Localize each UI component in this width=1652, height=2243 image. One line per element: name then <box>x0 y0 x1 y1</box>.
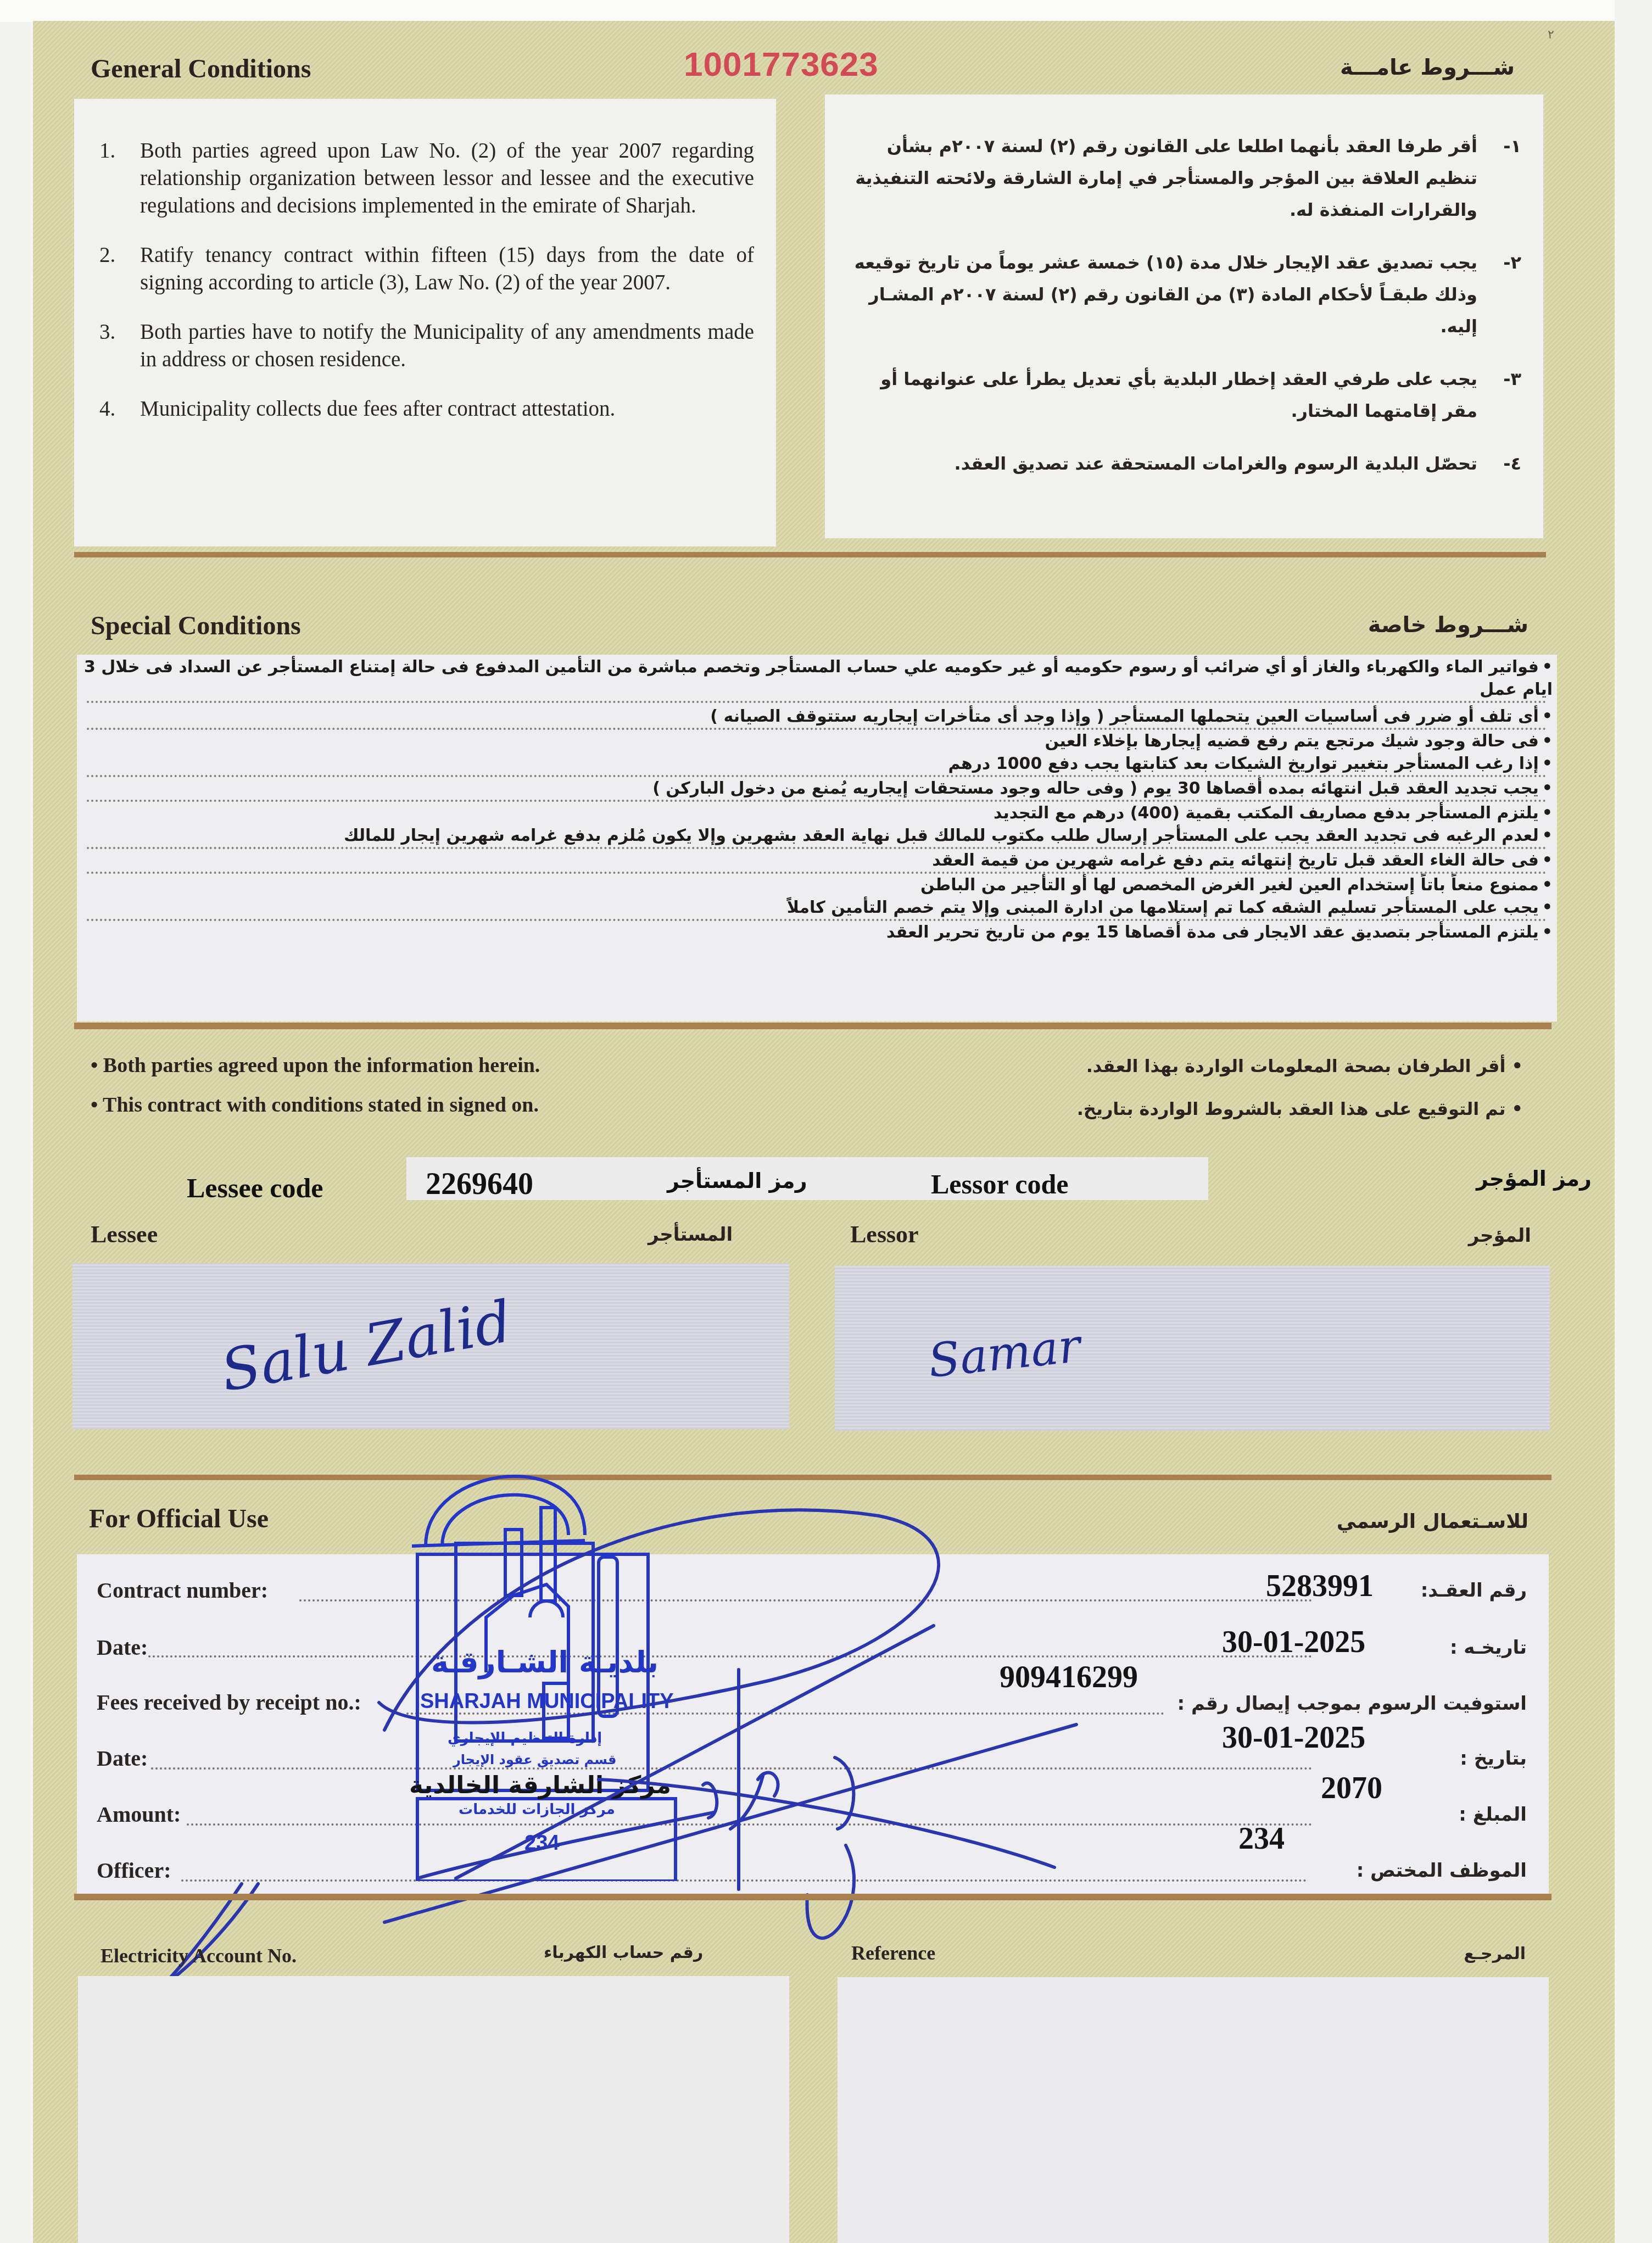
official-row-date: Date: 30-01-2025 تاريخـه : <box>77 1621 1549 1665</box>
official-row-receipt-date: Date: 30-01-2025 بتاريخ : <box>77 1731 1549 1775</box>
item-text: تحصّل البلدية الرسوم والغرامات المستحقة … <box>845 448 1477 479</box>
item-text: Ratify tenancy contract within fifteen (… <box>140 242 754 297</box>
general-conditions-title-en: General Conditions <box>91 54 311 84</box>
reference-label: Reference <box>851 1941 935 1965</box>
general-conditions-title-ar: شـــروط عامـــة <box>1340 55 1515 80</box>
dotted-field-line <box>406 1712 1164 1715</box>
section-divider <box>74 552 1546 557</box>
item-number: ١- <box>1477 130 1521 226</box>
electricity-account-field <box>78 1976 789 2243</box>
special-conditions-panel: فواتير الماء والكهرباء والغاز أو أي ضرائ… <box>77 655 1557 1022</box>
contract-number-label: Contract number: <box>97 1577 268 1603</box>
item-text: أقر طرفا العقد بأنهما اطلعا على القانون … <box>845 130 1477 226</box>
dotted-field-line <box>299 1599 1313 1602</box>
agreement-line-ar: • أقر الطرفان بصحة المعلومات الواردة بهذ… <box>1086 1056 1523 1076</box>
special-condition-item: فى حالة وجود شيك مرتجع يتم رفع قضيه إيجا… <box>81 730 1553 752</box>
officer-label-ar: الموظف المختص : <box>1357 1860 1527 1882</box>
item-text: يجب على طرفي العقد إخطار البلدية بأي تعد… <box>845 363 1477 427</box>
officer-value: 234 <box>1238 1821 1285 1856</box>
official-use-panel: Contract number: 5283991 رقم العقـد: Dat… <box>77 1554 1549 1895</box>
special-condition-item: فواتير الماء والكهرباء والغاز أو أي ضرائ… <box>81 655 1553 701</box>
official-use-title-ar: للاسـتعمال الرسمي <box>1337 1510 1528 1533</box>
section-divider <box>74 1894 1551 1900</box>
date-label: Date: <box>97 1634 148 1660</box>
special-condition-item: يلتزم المستأجر بتصديق عقد الايجار فى مدة… <box>81 921 1553 944</box>
lessor-code-label: Lessor code <box>931 1168 1068 1200</box>
electricity-account-label: Electricity Account No. <box>101 1944 297 1967</box>
item-text: Municipality collects due fees after con… <box>140 395 754 423</box>
receipt-date-label-ar: بتاريخ : <box>1460 1748 1527 1770</box>
lessee-code-label-ar: رمز المستأجر <box>667 1169 807 1193</box>
contract-date-label-ar: تاريخـه : <box>1450 1637 1527 1659</box>
special-condition-item: يلتزم المستأجر بدفع مصاريف المكتب بقمية … <box>81 802 1553 824</box>
officer-label: Officer: <box>97 1857 171 1883</box>
lessor-signature-label: Lessor <box>850 1220 919 1248</box>
item-number: ٢- <box>1477 247 1521 342</box>
item-text: Both parties agreed upon Law No. (2) of … <box>140 137 754 220</box>
general-condition-en-item: 4.Municipality collects due fees after c… <box>99 395 754 423</box>
page-mark: ٢ <box>1548 27 1554 42</box>
special-conditions-title-ar: شـــروط خاصة <box>1368 612 1528 638</box>
official-row-officer: Officer: 234 الموظف المختص : <box>77 1843 1549 1887</box>
general-condition-ar-item: ٣-يجب على طرفي العقد إخطار البلدية بأي ت… <box>845 363 1521 427</box>
general-conditions-en-list: 1.Both parties agreed upon Law No. (2) o… <box>99 137 754 423</box>
reference-field <box>838 1977 1549 2243</box>
electricity-account-label-ar: رقم حساب الكهرباء <box>544 1943 703 1962</box>
item-number: ٣- <box>1477 363 1521 427</box>
general-condition-en-item: 3.Both parties have to notify the Munici… <box>99 319 754 373</box>
special-condition-item: ممنوع منعاً باتاً إستخدام العين لغير الغ… <box>81 874 1553 896</box>
official-row-receipt: Fees received by receipt no.: 909416299 … <box>77 1676 1549 1720</box>
dotted-field-line <box>187 1823 1313 1826</box>
special-condition-item: فى حالة الغاء العقد قبل تاريخ إنتهائه يت… <box>81 849 1553 872</box>
contract-number-label-ar: رقم العقـد: <box>1421 1580 1527 1602</box>
item-number: 3. <box>99 319 140 373</box>
receipt-date-label: Date: <box>97 1745 148 1771</box>
item-number: ٤- <box>1477 448 1521 479</box>
official-row-amount: Amount: 2070 المبلغ : <box>77 1787 1549 1831</box>
lessor-signature-label-ar: المؤجر <box>1469 1225 1531 1247</box>
special-condition-item: إذا رغب المستأجر بتغيير تواريخ الشيكات ب… <box>81 752 1553 775</box>
general-condition-ar-item: ١-أقر طرفا العقد بأنهما اطلعا على القانو… <box>845 130 1521 226</box>
general-conditions-en-panel: 1.Both parties agreed upon Law No. (2) o… <box>74 99 776 546</box>
agreement-line-ar: • تم التوقيع على هذا العقد بالشروط الوار… <box>1077 1098 1523 1119</box>
amount-label: Amount: <box>97 1801 181 1827</box>
receipt-date-value: 30-01-2025 <box>1222 1720 1365 1755</box>
contract-number-value: 5283991 <box>1266 1569 1374 1604</box>
general-conditions-ar-panel: ١-أقر طرفا العقد بأنهما اطلعا على القانو… <box>825 94 1543 538</box>
lessee-code-label: Lessee code <box>187 1172 323 1204</box>
lessor-code-label-ar: رمز المؤجر <box>1476 1167 1592 1191</box>
special-condition-item: يجب على المستأجر تسليم الشقه كما تم إستل… <box>81 896 1553 919</box>
agreement-line-en: • Both parties agreed upon the informati… <box>91 1053 540 1078</box>
reference-label-ar: المرجـع <box>1464 1944 1526 1963</box>
section-divider <box>74 1475 1551 1480</box>
dotted-rule <box>87 701 1547 703</box>
agreement-line-en: • This contract with conditions stated i… <box>91 1093 539 1117</box>
general-condition-ar-item: ٢-يجب تصديق عقد الإيجار خلال مدة (١٥) خم… <box>845 247 1521 342</box>
special-condition-item: يجب تجديد العقد قبل انتهائه بمده أقصاها … <box>81 777 1553 800</box>
general-conditions-ar-list: ١-أقر طرفا العقد بأنهما اطلعا على القانو… <box>845 130 1521 479</box>
dotted-field-line <box>151 1767 1313 1770</box>
contract-serial-number: 1001773623 <box>684 45 879 84</box>
dotted-field-line <box>181 1879 1307 1882</box>
lessee-signature-label-ar: المستأجر <box>648 1224 733 1246</box>
special-condition-item: أى تلف أو ضرر فى أساسيات العين يتحملها ا… <box>81 705 1553 728</box>
amount-value: 2070 <box>1321 1771 1382 1806</box>
item-number: 2. <box>99 242 140 297</box>
lessee-signature-label: Lessee <box>91 1220 158 1248</box>
general-condition-en-item: 1.Both parties agreed upon Law No. (2) o… <box>99 137 754 220</box>
receipt-number-label-ar: استوفيت الرسوم بموجب إيصال رقم : <box>1177 1693 1527 1715</box>
special-conditions-title-en: Special Conditions <box>91 611 301 641</box>
item-text: Both parties have to notify the Municipa… <box>140 319 754 373</box>
general-condition-ar-item: ٤-تحصّل البلدية الرسوم والغرامات المستحق… <box>845 448 1521 479</box>
amount-label-ar: المبلغ : <box>1459 1804 1527 1826</box>
section-divider <box>74 1023 1551 1029</box>
receipt-number-value: 909416299 <box>1000 1660 1138 1695</box>
item-number: 1. <box>99 137 140 220</box>
official-use-title-en: For Official Use <box>89 1504 269 1534</box>
item-text: يجب تصديق عقد الإيجار خلال مدة (١٥) خمسة… <box>845 247 1477 342</box>
lessee-code-value: 2269640 <box>426 1167 533 1202</box>
general-condition-en-item: 2.Ratify tenancy contract within fifteen… <box>99 242 754 297</box>
contract-date-value: 30-01-2025 <box>1222 1625 1365 1660</box>
receipt-number-label: Fees received by receipt no.: <box>97 1689 361 1715</box>
dotted-field-line <box>148 1655 1313 1658</box>
official-row-contract-number: Contract number: 5283991 رقم العقـد: <box>77 1565 1549 1609</box>
special-condition-item: لعدم الرغبه فى تجديد العقد يجب على المست… <box>81 824 1553 847</box>
page-edge <box>1615 0 1652 2243</box>
item-number: 4. <box>99 395 140 423</box>
